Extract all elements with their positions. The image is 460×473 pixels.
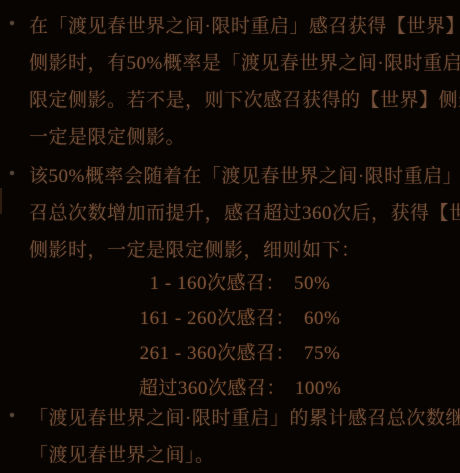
scrollbar-thumb[interactable] — [0, 188, 2, 214]
rule-text-line: 侧影时，一定是限定侧影，细则如下： — [29, 232, 460, 269]
rate-value: 50% — [294, 273, 330, 294]
rate-separator: ： — [275, 343, 295, 364]
rate-value: 60% — [304, 308, 340, 329]
rate-table-row: 261 - 360次感召：75% — [29, 336, 451, 371]
summon-rate-table: 1 - 160次感召：50% 161 - 260次感召：60% 261 - 36… — [29, 266, 451, 406]
rule-text-line: 侧影时，有50%概率是「渡见春世界之间·限时重启」 — [29, 45, 460, 82]
rule-text-line: 一定是限定侧影。 — [29, 119, 460, 156]
rate-table-row: 1 - 160次感召：50% — [29, 266, 451, 301]
rule-paragraph: 该50%概率会随着在「渡见春世界之间·限时重启」感 召总次数增加而提升，感召超过… — [29, 158, 460, 269]
rate-value: 75% — [304, 343, 340, 364]
rule-text-line: 在「渡见春世界之间·限时重启」感召获得【世界】 — [29, 8, 460, 45]
rule-bullet-rate-increase: 该50%概率会随着在「渡见春世界之间·限时重启」感 召总次数增加而提升，感召超过… — [0, 158, 460, 269]
bullet-dot-icon — [10, 413, 14, 417]
bullet-marker-column — [0, 158, 29, 175]
rule-text-line: 限定侧影。若不是，则下次感召获得的【世界】侧影 — [29, 82, 460, 119]
rule-text-line: 「渡见春世界之间」。 — [29, 437, 460, 473]
rate-range: 261 - 360次感召 — [140, 343, 276, 364]
rule-paragraph: 在「渡见春世界之间·限时重启」感召获得【世界】 侧影时，有50%概率是「渡见春世… — [29, 8, 460, 156]
bullet-marker-column — [0, 400, 29, 417]
rule-bullet-limited-rate: 在「渡见春世界之间·限时重启」感召获得【世界】 侧影时，有50%概率是「渡见春世… — [0, 8, 460, 156]
summon-rules-panel: 在「渡见春世界之间·限时重启」感召获得【世界】 侧影时，有50%概率是「渡见春世… — [0, 0, 460, 473]
rate-separator: ： — [275, 308, 295, 329]
rule-text-line: 「渡见春世界之间·限时重启」的累计感召总次数继承自 — [29, 400, 460, 437]
rule-text-line: 该50%概率会随着在「渡见春世界之间·限时重启」感 — [29, 158, 460, 195]
rule-bullet-count-inherit: 「渡见春世界之间·限时重启」的累计感召总次数继承自 「渡见春世界之间」。 — [0, 400, 460, 473]
rate-separator: ： — [265, 273, 285, 294]
rate-separator: ： — [266, 378, 286, 399]
rate-table-row: 161 - 260次感召：60% — [29, 301, 451, 336]
bullet-dot-icon — [10, 171, 14, 175]
rate-range: 1 - 160次感召 — [150, 273, 266, 294]
rule-paragraph: 「渡见春世界之间·限时重启」的累计感召总次数继承自 「渡见春世界之间」。 — [29, 400, 460, 473]
rate-value: 100% — [295, 378, 341, 399]
rule-text-line: 召总次数增加而提升，感召超过360次后，获得【世界】 — [29, 195, 460, 232]
rate-range: 超过360次感召 — [139, 378, 267, 399]
bullet-marker-column — [0, 8, 29, 25]
rate-range: 161 - 260次感召 — [140, 308, 276, 329]
bullet-dot-icon — [10, 21, 14, 25]
